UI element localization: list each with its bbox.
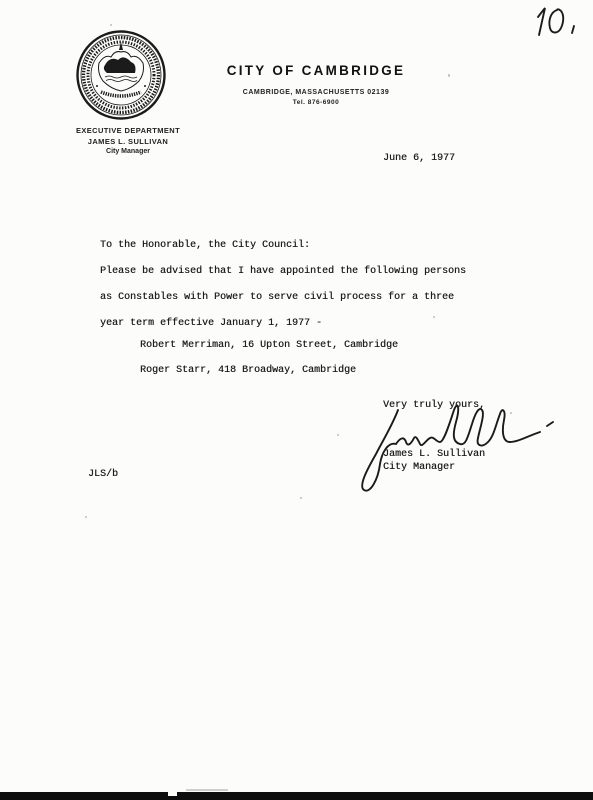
- letterhead-manager-name: JAMES L. SULLIVAN: [38, 137, 218, 146]
- letter-salutation: To the Honorable, the City Council:: [100, 240, 310, 252]
- scanned-letter-page: 10, CITY OF CAMBRIDGE CAMBRIDGE, MASSAC: [0, 0, 593, 800]
- letter-body-line: as Constables with Power to serve civil …: [100, 292, 454, 304]
- scan-speck: [337, 434, 339, 436]
- scan-edge-smudge: [186, 789, 228, 791]
- letterhead-manager-title: City Manager: [38, 148, 218, 155]
- scan-speck: [110, 24, 112, 26]
- letter-date: June 6, 1977: [383, 153, 455, 165]
- letterhead-phone: Tel. 876-6900: [196, 99, 436, 106]
- letter-body-line: year term effective January 1, 1977 -: [100, 318, 322, 330]
- signed-name: James L. Sullivan: [383, 449, 485, 461]
- appointee-line: Roger Starr, 418 Broadway, Cambridge: [140, 365, 356, 377]
- scan-speck: [300, 497, 302, 499]
- letterhead-department: EXECUTIVE DEPARTMENT: [38, 126, 218, 135]
- scan-speck: [510, 412, 512, 414]
- handwritten-page-number: [524, 4, 582, 42]
- appointee-line: Robert Merriman, 16 Upton Street, Cambri…: [140, 340, 398, 352]
- reference-initials: JLS/b: [88, 469, 118, 481]
- scan-edge-bar: [0, 792, 593, 800]
- letterhead-title: CITY OF CAMBRIDGE: [201, 62, 431, 78]
- letterhead-address: CAMBRIDGE, MASSACHUSETTS 02139: [196, 89, 436, 96]
- scan-speck: [448, 74, 450, 77]
- cambridge-city-seal-icon: [75, 29, 167, 121]
- scan-edge-notch: [168, 792, 177, 796]
- letter-body-line: Please be advised that I have appointed …: [100, 266, 466, 278]
- signed-title: City Manager: [383, 462, 455, 474]
- scan-speck: [85, 516, 87, 518]
- scan-speck: [433, 316, 435, 318]
